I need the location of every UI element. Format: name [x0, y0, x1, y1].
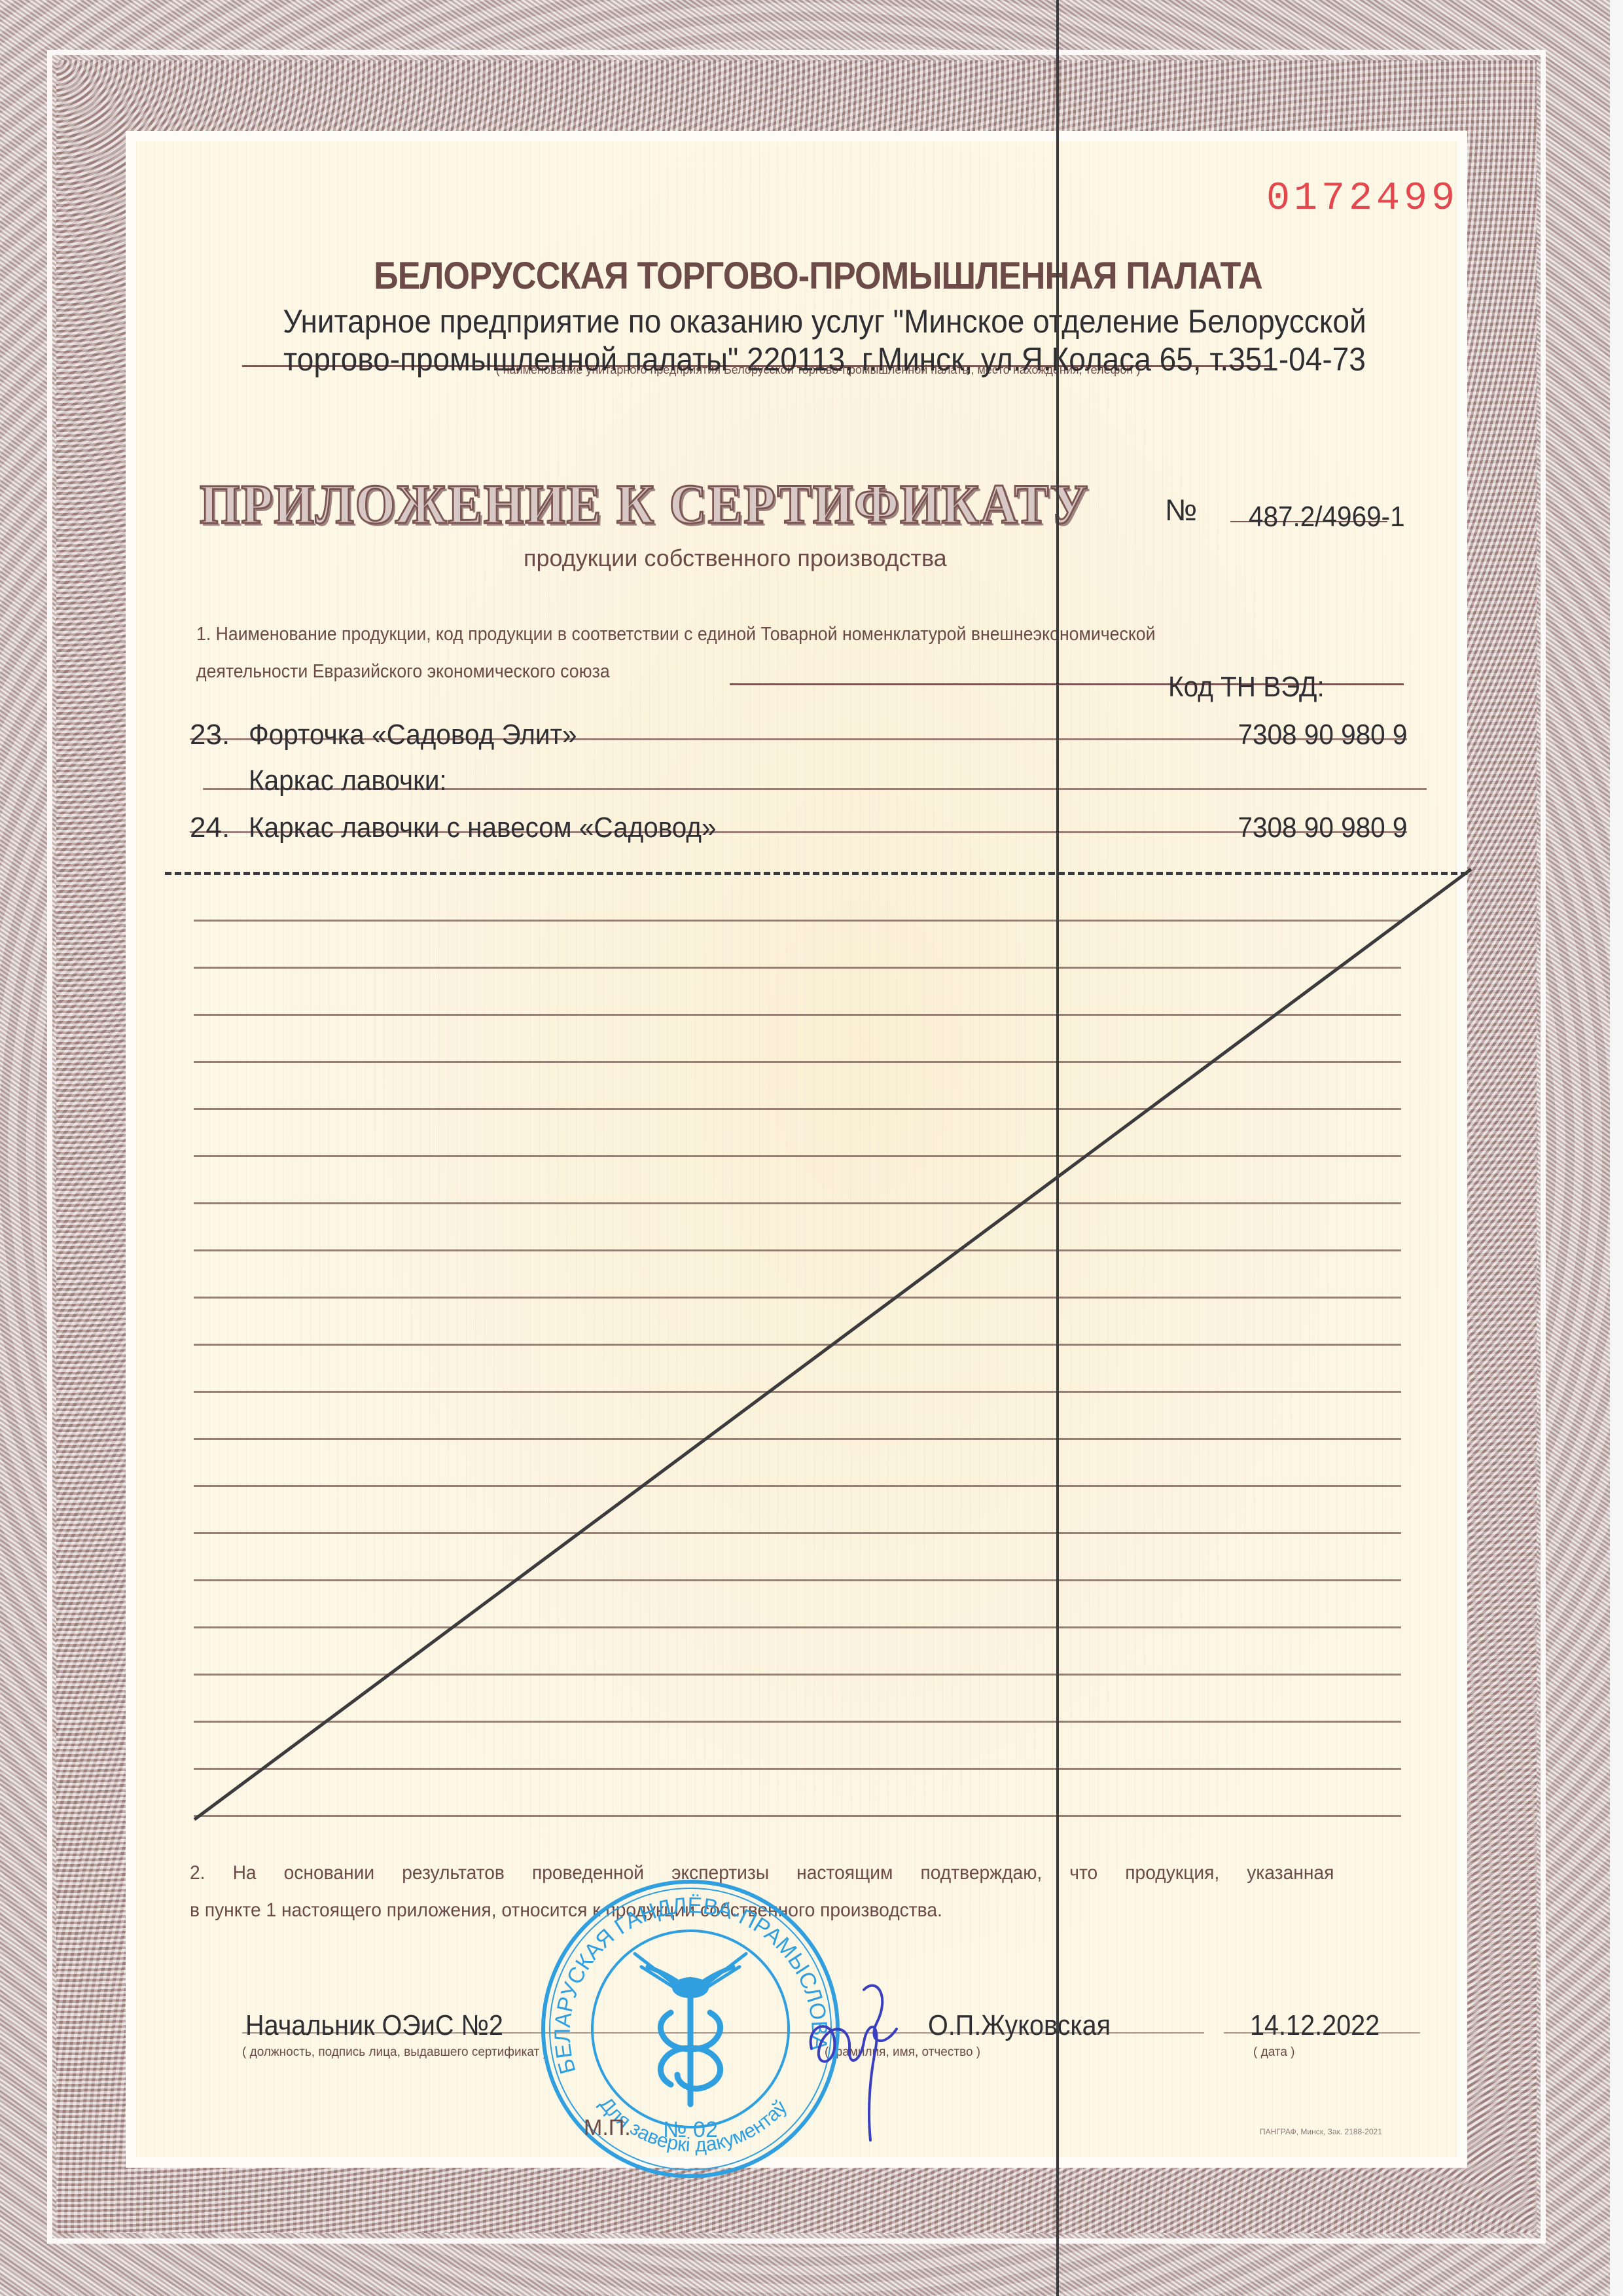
- blank-rule-line: [194, 1438, 1401, 1440]
- blank-rule-line: [194, 1155, 1401, 1157]
- blank-rule-line: [194, 1249, 1401, 1251]
- serial-number: 0172499: [1266, 177, 1459, 221]
- subtitle: продукции собственного производства: [524, 545, 947, 572]
- seal-place-label: М.П.: [584, 2115, 631, 2141]
- printer-imprint: ПАНГРАФ, Минск, Зак. 2188-2021: [1260, 2127, 1382, 2136]
- product-group-row: Каркас лавочки:: [190, 764, 1407, 804]
- blank-ruled-area: [194, 920, 1401, 1818]
- blank-rule-line: [194, 1721, 1401, 1723]
- blank-rule-line: [194, 1768, 1401, 1770]
- code-header: Код ТН ВЭД:: [1168, 671, 1325, 704]
- certificate-number: 487.2/4969-1: [1249, 501, 1405, 533]
- section1-text-line2: деятельности Евразийского экономического…: [196, 661, 610, 683]
- end-of-list-dashed-line: [165, 872, 1467, 875]
- blank-rule-line: [194, 1108, 1401, 1110]
- issue-date: 14.12.2022: [1250, 2009, 1380, 2042]
- blank-rule-line: [194, 1344, 1401, 1346]
- annex-title: ПРИЛОЖЕНИЕ К СЕРТИФИКАТУ: [200, 471, 1089, 537]
- organization-title: БЕЛОРУССКАЯ ТОРГОВО-ПРОМЫШЛЕННАЯ ПАЛАТА: [317, 254, 1319, 298]
- number-sign: №: [1165, 492, 1197, 528]
- blank-rule-line: [194, 967, 1401, 969]
- scan-fold-line: [1056, 0, 1059, 2296]
- blank-rule-line: [194, 1014, 1401, 1016]
- caduceus-icon: [635, 1954, 746, 2104]
- blank-rule-line: [194, 1626, 1401, 1628]
- blank-rule-line: [194, 1532, 1401, 1534]
- issuer-line-1: Унитарное предприятие по оказанию услуг …: [253, 302, 1397, 340]
- blank-rule-line: [194, 1202, 1401, 1204]
- product-row: 24. Каркас лавочки с навесом «Садовод» 7…: [190, 812, 1407, 851]
- blank-rule-line: [194, 1579, 1401, 1581]
- product-row: 23. Форточка «Садовод Элит» 7308 90 980 …: [190, 719, 1407, 758]
- blank-rule-line: [194, 1297, 1401, 1299]
- date-caption: ( дата ): [1253, 2045, 1295, 2060]
- product-name: Форточка «Садовод Элит»: [249, 719, 577, 751]
- product-group-name: Каркас лавочки:: [249, 764, 447, 797]
- blank-rule-line: [194, 1391, 1401, 1393]
- product-code: 7308 90 980 9: [1238, 719, 1407, 751]
- product-code: 7308 90 980 9: [1238, 812, 1407, 844]
- product-number: 24.: [190, 812, 230, 844]
- blank-rule-line: [194, 1485, 1401, 1487]
- handwritten-signature: [798, 1950, 903, 2147]
- signer-position: Начальник ОЭиС №2: [245, 2009, 503, 2042]
- scan-edge: [1610, 0, 1623, 2296]
- product-number: 23.: [190, 719, 230, 751]
- blank-rule-line: [194, 1674, 1401, 1676]
- blank-rule-line: [194, 1815, 1401, 1817]
- product-name: Каркас лавочки с навесом «Садовод»: [249, 812, 717, 844]
- signer-name: О.П.Жуковская: [928, 2009, 1111, 2042]
- stamp-number: № 02: [663, 2117, 718, 2142]
- position-caption: ( должность, подпись лица, выдавшего сер…: [242, 2045, 547, 2060]
- blank-rule-line: [194, 920, 1401, 922]
- section1-text-line1: 1. Наименование продукции, код продукции…: [196, 624, 1156, 645]
- issuer-line-2: торгово-промышленной палаты" 220113, г.М…: [253, 340, 1397, 378]
- blank-rule-line: [194, 1061, 1401, 1063]
